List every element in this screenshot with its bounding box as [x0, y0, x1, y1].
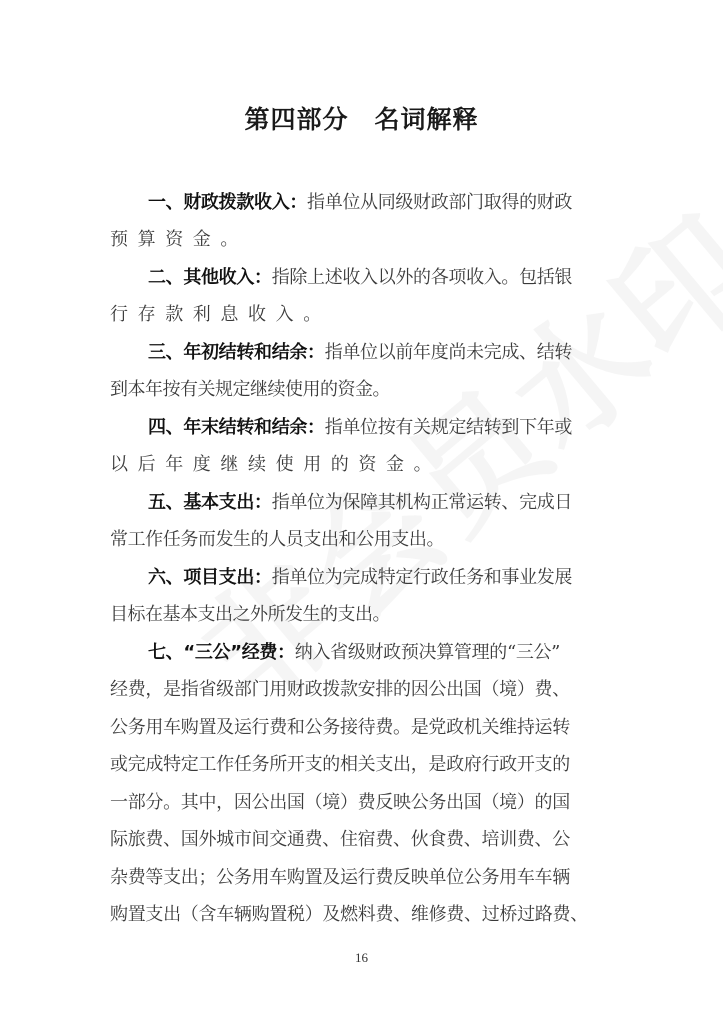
- definition-continuation-line: 常工作任务而发生的人员支出和公用支出。: [110, 525, 620, 555]
- definition-term: 五、基本支出：: [148, 492, 272, 513]
- definition-continuation-line: 到本年按有关规定继续使用的资金。: [110, 375, 620, 405]
- definition-line: 六、项目支出：指单位为完成特定行政任务和事业发展: [148, 563, 620, 593]
- definition-text: 常工作任务而发生的人员支出和公用支出。: [110, 529, 444, 550]
- definition-text: 指单位从同级财政部门取得的财政: [307, 192, 572, 213]
- definition-line: 四、年末结转和结余：指单位按有关规定结转到下年或: [148, 413, 620, 443]
- definition-text: 指单位按有关规定结转到下年或: [325, 417, 572, 438]
- definition-text: 一部分。其中，因公出国（境）费反映公务出国（境）的国: [110, 792, 570, 813]
- page-number: 16: [0, 950, 723, 966]
- definition-text: 指单位以前年度尚未完成、结转: [325, 342, 572, 363]
- definition-text: 或完成特定工作任务所开支的相关支出，是政府行政开支的: [110, 754, 570, 775]
- definition-continuation-line: 行存款利息收入。: [110, 300, 620, 330]
- definition-line: 一、财政拨款收入：指单位从同级财政部门取得的财政: [148, 188, 620, 218]
- definition-text: 杂费等支出；公务用车购置及运行费反映单位公务用车车辆: [110, 867, 570, 888]
- definition-term: 三、年初结转和结余：: [148, 342, 325, 363]
- definition-continuation-line: 一部分。其中，因公出国（境）费反映公务出国（境）的国: [110, 788, 620, 818]
- document-page: 非会员水印 第四部分 名词解释 一、财政拨款收入：指单位从同级财政部门取得的财政…: [0, 0, 723, 1024]
- definition-text: 购置支出（含车辆购置税）及燃料费、维修费、过桥过路费、: [110, 904, 588, 925]
- definition-text: 公务用车购置及运行费和公务接待费。是党政机关维持运转: [110, 717, 570, 738]
- definition-text: 行存款利息收入。: [110, 304, 331, 325]
- definition-text: 纳入省级财政预决算管理的“三公”: [295, 642, 560, 663]
- definition-continuation-line: 经费，是指省级部门用财政拨款安排的因公出国（境）费、: [110, 675, 620, 705]
- definition-term: 一、财政拨款收入：: [148, 192, 307, 213]
- definition-text: 到本年按有关规定继续使用的资金。: [110, 379, 390, 400]
- definition-line: 三、年初结转和结余：指单位以前年度尚未完成、结转: [148, 338, 620, 368]
- definition-continuation-line: 购置支出（含车辆购置税）及燃料费、维修费、过桥过路费、: [110, 900, 620, 930]
- definition-text: 指除上述收入以外的各项收入。包括银: [272, 267, 572, 288]
- definition-term: 二、其他收入：: [148, 267, 272, 288]
- definition-continuation-line: 目标在基本支出之外所发生的支出。: [110, 600, 620, 630]
- definition-text: 指单位为完成特定行政任务和事业发展: [272, 567, 572, 588]
- definition-continuation-line: 或完成特定工作任务所开支的相关支出，是政府行政开支的: [110, 750, 620, 780]
- definition-continuation-line: 杂费等支出；公务用车购置及运行费反映单位公务用车车辆: [110, 863, 620, 893]
- definition-text: 目标在基本支出之外所发生的支出。: [110, 604, 390, 625]
- definition-text: 指单位为保障其机构正常运转、完成日: [272, 492, 572, 513]
- definition-term: 四、年末结转和结余：: [148, 417, 325, 438]
- definition-text: 经费，是指省级部门用财政拨款安排的因公出国（境）费、: [110, 679, 570, 700]
- definition-text: 际旅费、国外城市间交通费、住宿费、伙食费、培训费、公: [110, 829, 570, 850]
- definition-term: 六、项目支出：: [148, 567, 272, 588]
- definition-continuation-line: 以后年度继续使用的资金。: [110, 450, 620, 480]
- definition-line: 五、基本支出：指单位为保障其机构正常运转、完成日: [148, 488, 620, 518]
- definition-continuation-line: 际旅费、国外城市间交通费、住宿费、伙食费、培训费、公: [110, 825, 620, 855]
- definition-continuation-line: 预算资金。: [110, 225, 620, 255]
- definition-term: 七、“三公”经费：: [148, 642, 295, 663]
- definition-line: 二、其他收入：指除上述收入以外的各项收入。包括银: [148, 263, 620, 293]
- definition-text: 以后年度继续使用的资金。: [110, 454, 441, 475]
- page-title: 第四部分 名词解释: [0, 100, 723, 136]
- definition-continuation-line: 公务用车购置及运行费和公务接待费。是党政机关维持运转: [110, 713, 620, 743]
- definition-line: 七、“三公”经费：纳入省级财政预决算管理的“三公”: [148, 638, 620, 668]
- definition-text: 预算资金。: [110, 229, 248, 250]
